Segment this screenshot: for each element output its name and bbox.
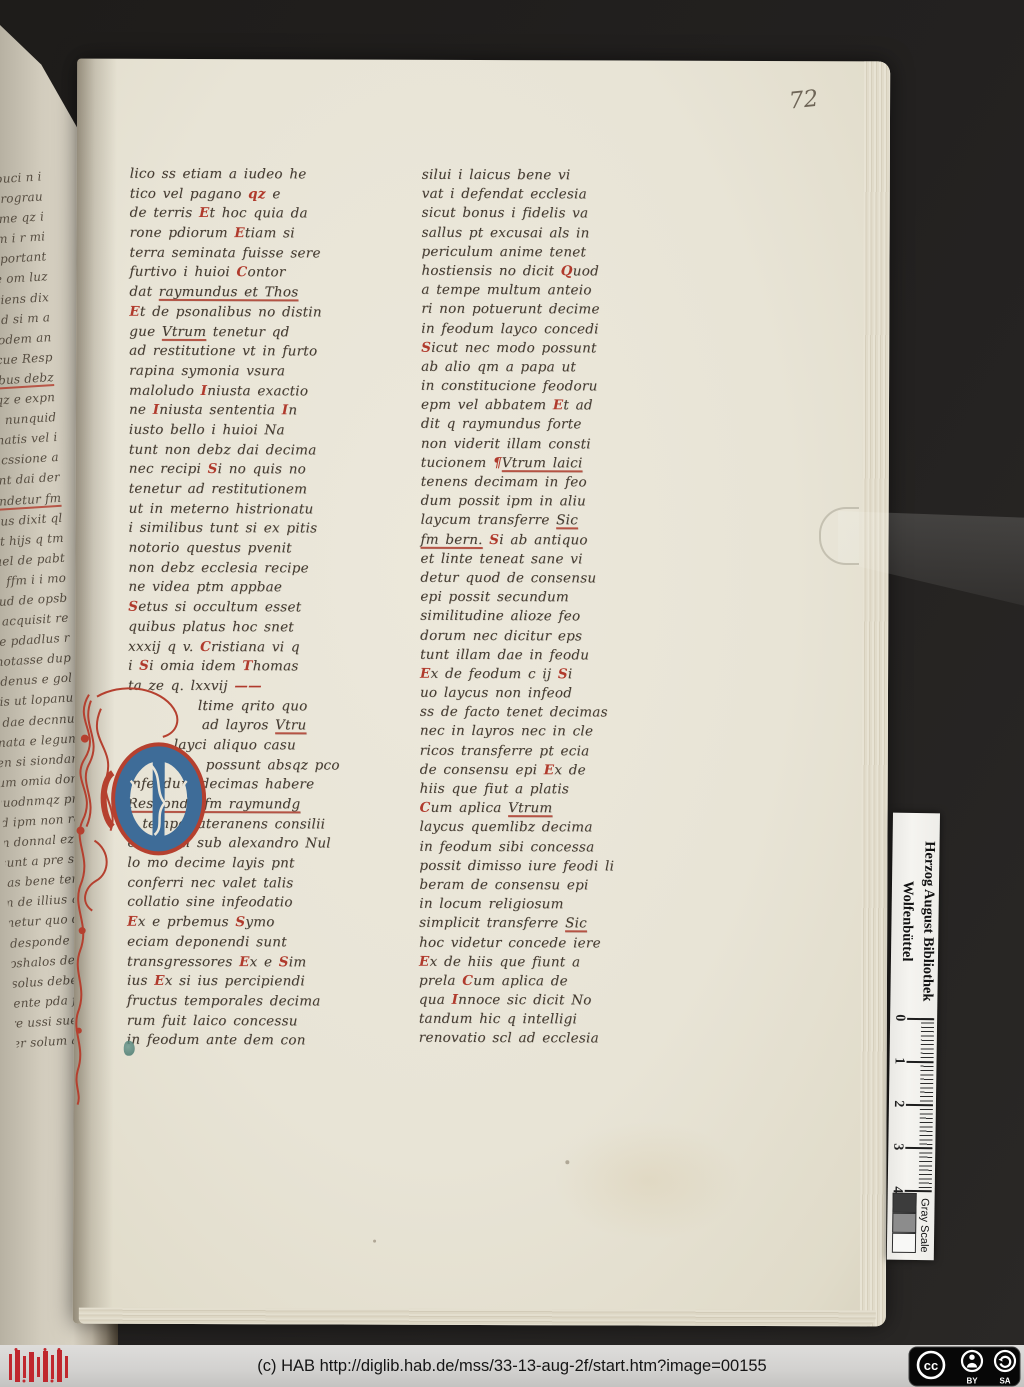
manuscript-text-line: ricos transferre pt ecia <box>420 741 710 761</box>
rubric-red-text: I <box>201 383 208 399</box>
manuscript-text-line: dorum nec dicitur eps <box>420 626 710 646</box>
manuscript-text-line: sallus pt excusai als in <box>422 223 712 243</box>
rubric-red-text: S <box>208 461 218 477</box>
manuscript-text-line: tucionem ¶Vtrum laici <box>421 454 711 474</box>
ruler-number: 0 <box>891 1010 907 1026</box>
manuscript-text-line: xxxij q v. Cristiana vi q <box>128 637 396 658</box>
manuscript-text-line: laycus quemlibz decima <box>419 818 709 838</box>
manuscript-text-line: ss de facto tenet decimas <box>420 703 710 723</box>
manuscript-text-line: terra seminata fuisse sere <box>129 244 397 265</box>
manuscript-text-line: ne videa ptm appbae <box>128 578 396 599</box>
svg-text:cc: cc <box>924 1358 938 1373</box>
rubric-red-text: S <box>421 339 431 355</box>
rubric-red-text: S <box>128 599 138 615</box>
rubric-red-text: ¶ <box>493 455 502 471</box>
grayscale-label: Gray Scale <box>916 1192 933 1258</box>
manuscript-text-line: tenetur ad restitutionem <box>129 480 397 501</box>
sa-label: SA <box>999 1377 1010 1386</box>
manuscript-text-line: simplicit transferre Sic <box>419 914 709 934</box>
ruler-major-tick <box>905 1147 932 1149</box>
rubric-red-text: S <box>558 666 568 682</box>
ruler-number: 2 <box>890 1096 906 1112</box>
manuscript-text-line: silui i laicus bene vi <box>422 166 712 186</box>
manuscript-text-line: de terris Et hoc quia da <box>130 204 398 225</box>
rubric-red-text: E <box>234 225 245 241</box>
rubric-red-text: T <box>242 658 252 674</box>
manuscript-text-line: Ex de hiis que fiunt a <box>419 952 709 972</box>
rubric-red-text: C <box>462 973 473 989</box>
paper-speck <box>373 1240 376 1243</box>
rubric-red-text: —— <box>234 678 262 694</box>
manuscript-text-line: i Si omia idem Thomas <box>128 657 396 678</box>
manuscript-text-line: sicut bonus i fidelis va <box>422 204 712 224</box>
manuscript-text-line: dum possit ipm in aliu <box>421 492 711 512</box>
rubric-red-text: I <box>452 992 459 1008</box>
rubric-red-text: I <box>153 402 160 418</box>
rubric-red-text: E <box>420 666 431 682</box>
manuscript-text-line: notorio questus pvenit <box>128 539 396 560</box>
rubricated-underlined-text: Vtrum <box>162 323 206 339</box>
rubric-red-text: E <box>129 304 140 320</box>
manuscript-text-line: et linte teneat sane vi <box>420 550 710 570</box>
manuscript-text-line: periculum anime tenet <box>422 243 712 263</box>
manuscript-text-line: epi possit secundum <box>420 588 710 608</box>
manuscript-text-line: iusto bello i huioi Na <box>129 421 397 442</box>
manuscript-text-line: gue Vtrum tenetur qd <box>129 322 397 343</box>
rubric-red-text: qz <box>248 186 266 202</box>
rubric-red-text: S <box>279 954 289 970</box>
text-column-right: silui i laicus bene vivat i defendat ecc… <box>419 166 712 1050</box>
copyright-url-text: (c) HAB http://diglib.hab.de/mss/33-13-a… <box>0 1345 1024 1387</box>
manuscript-text-line: dit q raymundus forte <box>421 415 711 435</box>
rubric-red-text: E <box>199 205 210 221</box>
rubricated-underlined-text: Sic <box>565 916 587 932</box>
foxing-stain <box>553 1120 743 1241</box>
manuscript-text-line: in feodum layco concedi <box>421 319 711 339</box>
manuscript-text-line: Sicut nec modo possunt <box>421 338 711 358</box>
grayscale-patch <box>892 1233 916 1253</box>
manuscript-text-line: qua Innoce sic dicit No <box>419 991 709 1011</box>
decorated-initial-letter <box>66 681 218 1112</box>
manuscript-text-line: fm bern. Si ab antiquo <box>420 530 710 550</box>
manuscript-text-line: possit dimisso iure feodi li <box>419 857 709 877</box>
grayscale-patch <box>892 1213 916 1233</box>
manuscript-text-line: ne Iniusta sententia In <box>129 401 397 422</box>
ink-stain <box>124 1041 135 1056</box>
rubric-red-text: E <box>419 953 430 969</box>
manuscript-text-line: furtivo i huioi Contor <box>129 263 397 284</box>
manuscript-text-line: ri non potuerunt decime <box>421 300 711 320</box>
rubric-red-text: I <box>282 403 289 419</box>
rubric-red-text: S <box>139 658 149 674</box>
rubricated-underlined-text: Vtrum laici <box>502 455 583 471</box>
manuscript-text-line: rapina symonia vsura <box>129 362 397 383</box>
rubricated-underlined-text: Vtrum <box>508 800 552 816</box>
ruler-number: 1 <box>890 1053 906 1069</box>
rubric-red-text: E <box>544 762 555 778</box>
manuscript-text-line: Ex de feodum c ij Si <box>420 665 710 685</box>
ruler-major-tick <box>906 1104 933 1106</box>
manuscript-text-line: ad restitutione vt in furto <box>129 342 397 363</box>
manuscript-text-line: ab alio qm a papa ut <box>421 358 711 378</box>
library-name-line2: Wolfenbüttel <box>899 880 916 961</box>
manuscript-text-line: rone pdiorum Etiam si <box>130 224 398 245</box>
manuscript-text-line: beram de consensu epi <box>419 876 709 896</box>
cc-license-badge: cc BY SA <box>908 1346 1021 1387</box>
ruler-number: 3 <box>889 1139 905 1155</box>
ruler-numbers: 01234 <box>893 813 940 814</box>
hab-logo-icon <box>7 1348 81 1384</box>
manuscript-text-line: i similibus tunt si ex pitis <box>129 519 397 540</box>
manuscript-text-line: tunt illam dae in feodu <box>420 645 710 665</box>
manuscript-text-line: de consensu epi Ex de <box>420 761 710 781</box>
page-fore-edge <box>860 61 890 1326</box>
rubric-red-text: E <box>239 954 250 970</box>
manuscript-text-line: maloludo Iniusta exactio <box>129 381 397 402</box>
manuscript-text-line: nec recipi Si no quis no <box>129 460 397 481</box>
manuscript-text-line: hostiensis no dicit Quod <box>421 262 711 282</box>
manuscript-text-line: uo laycus non infeod <box>420 684 710 704</box>
rubric-red-text: Q <box>561 263 573 279</box>
manuscript-text-line: hoc videtur concede iere <box>419 933 709 953</box>
manuscript-text-line: prela Cum aplica de <box>419 972 709 992</box>
manuscript-text-line: renovatio scl ad ecclesia <box>419 1029 709 1049</box>
manuscript-text-line: in feodum sibi concessa <box>419 837 709 857</box>
footer-bar: (c) HAB http://diglib.hab.de/mss/33-13-a… <box>0 1345 1024 1387</box>
manuscript-text-line: dat raymundus et Thos <box>129 283 397 304</box>
rubric-red-text: C <box>200 639 211 655</box>
page-bottom-edge <box>79 1308 876 1327</box>
manuscript-text-line: Et de psonalibus no distin <box>129 303 397 324</box>
rubricated-underlined-text: Sic <box>556 513 578 529</box>
manuscript-text-line: Cum aplica Vtrum <box>420 799 710 819</box>
ruler-major-tick <box>907 1061 934 1063</box>
ruler-major-ticks <box>893 813 940 814</box>
manuscript-text-line: quibus platus hoc snet <box>128 618 396 639</box>
rubricated-underlined-text: Vtru <box>275 718 306 734</box>
folio-number: 72 <box>788 86 820 115</box>
manuscript-text-line: tandum hic q intelligi <box>419 1010 709 1030</box>
rubric-red-text: C <box>420 800 431 816</box>
manuscript-text-line: in constitucione feodoru <box>421 377 711 397</box>
manuscript-text-line: laycum transferre Sic <box>421 511 711 531</box>
library-name-label: Herzog August Bibliothek Wolfenbüttel <box>890 821 940 1022</box>
digitized-manuscript-scan: rome tbuci n imnqz rerograunos denme qz … <box>0 0 1024 1387</box>
manuscript-text-line: similitudine alioze feo <box>420 607 710 627</box>
manuscript-text-line: tenens decimam in feo <box>421 473 711 493</box>
manuscript-text-line: non viderit illam consti <box>421 434 711 454</box>
rubricated-underlined-text: spondetur fm <box>0 490 62 509</box>
rubric-red-text: S <box>489 532 499 548</box>
manuscript-text-line: tunt non debz dai decima <box>129 440 397 461</box>
rubricated-underlined-text: fm bern. <box>421 531 483 547</box>
manuscript-text-line: tico vel pagano qz e <box>130 184 398 205</box>
manuscript-text-line: nec in layros nec in cle <box>420 722 710 742</box>
rubricated-underlined-text: raymundus et Thos <box>159 284 299 300</box>
library-name-line1: Herzog August Bibliothek <box>919 841 937 1002</box>
calibration-ruler-strip: Herzog August Bibliothek Wolfenbüttel 01… <box>887 813 940 1261</box>
grayscale-patch <box>892 1193 916 1213</box>
by-label: BY <box>966 1377 978 1386</box>
manuscript-text-line: ut in meterno histrionatu <box>129 499 397 520</box>
ruler-major-tick <box>907 1018 934 1020</box>
manuscript-text-line: epm vel abbatem Et ad <box>421 396 711 416</box>
manuscript-text-line: detur quod de consensu <box>420 569 710 589</box>
manuscript-text-line: in locum religiosum <box>419 895 709 915</box>
manuscript-page: 72 lico ss etiam a iudeo hetico vel paga… <box>73 59 890 1327</box>
manuscript-text-line: Setus si occultum esset <box>128 598 396 619</box>
manuscript-text-line: vat i defendat ecclesia <box>422 185 712 205</box>
manuscript-text-line: hiis que fiut a platis <box>420 780 710 800</box>
manuscript-text-line: non debz ecclesia recipe <box>128 559 396 580</box>
grayscale-patches <box>893 813 940 814</box>
manuscript-text-line: a tempe multum anteio <box>421 281 711 301</box>
rubric-red-text: E <box>553 397 564 413</box>
manuscript-text-line: lico ss etiam a iudeo he <box>130 165 398 186</box>
rubric-red-text: C <box>236 265 247 281</box>
rubric-red-text: S <box>235 914 245 930</box>
